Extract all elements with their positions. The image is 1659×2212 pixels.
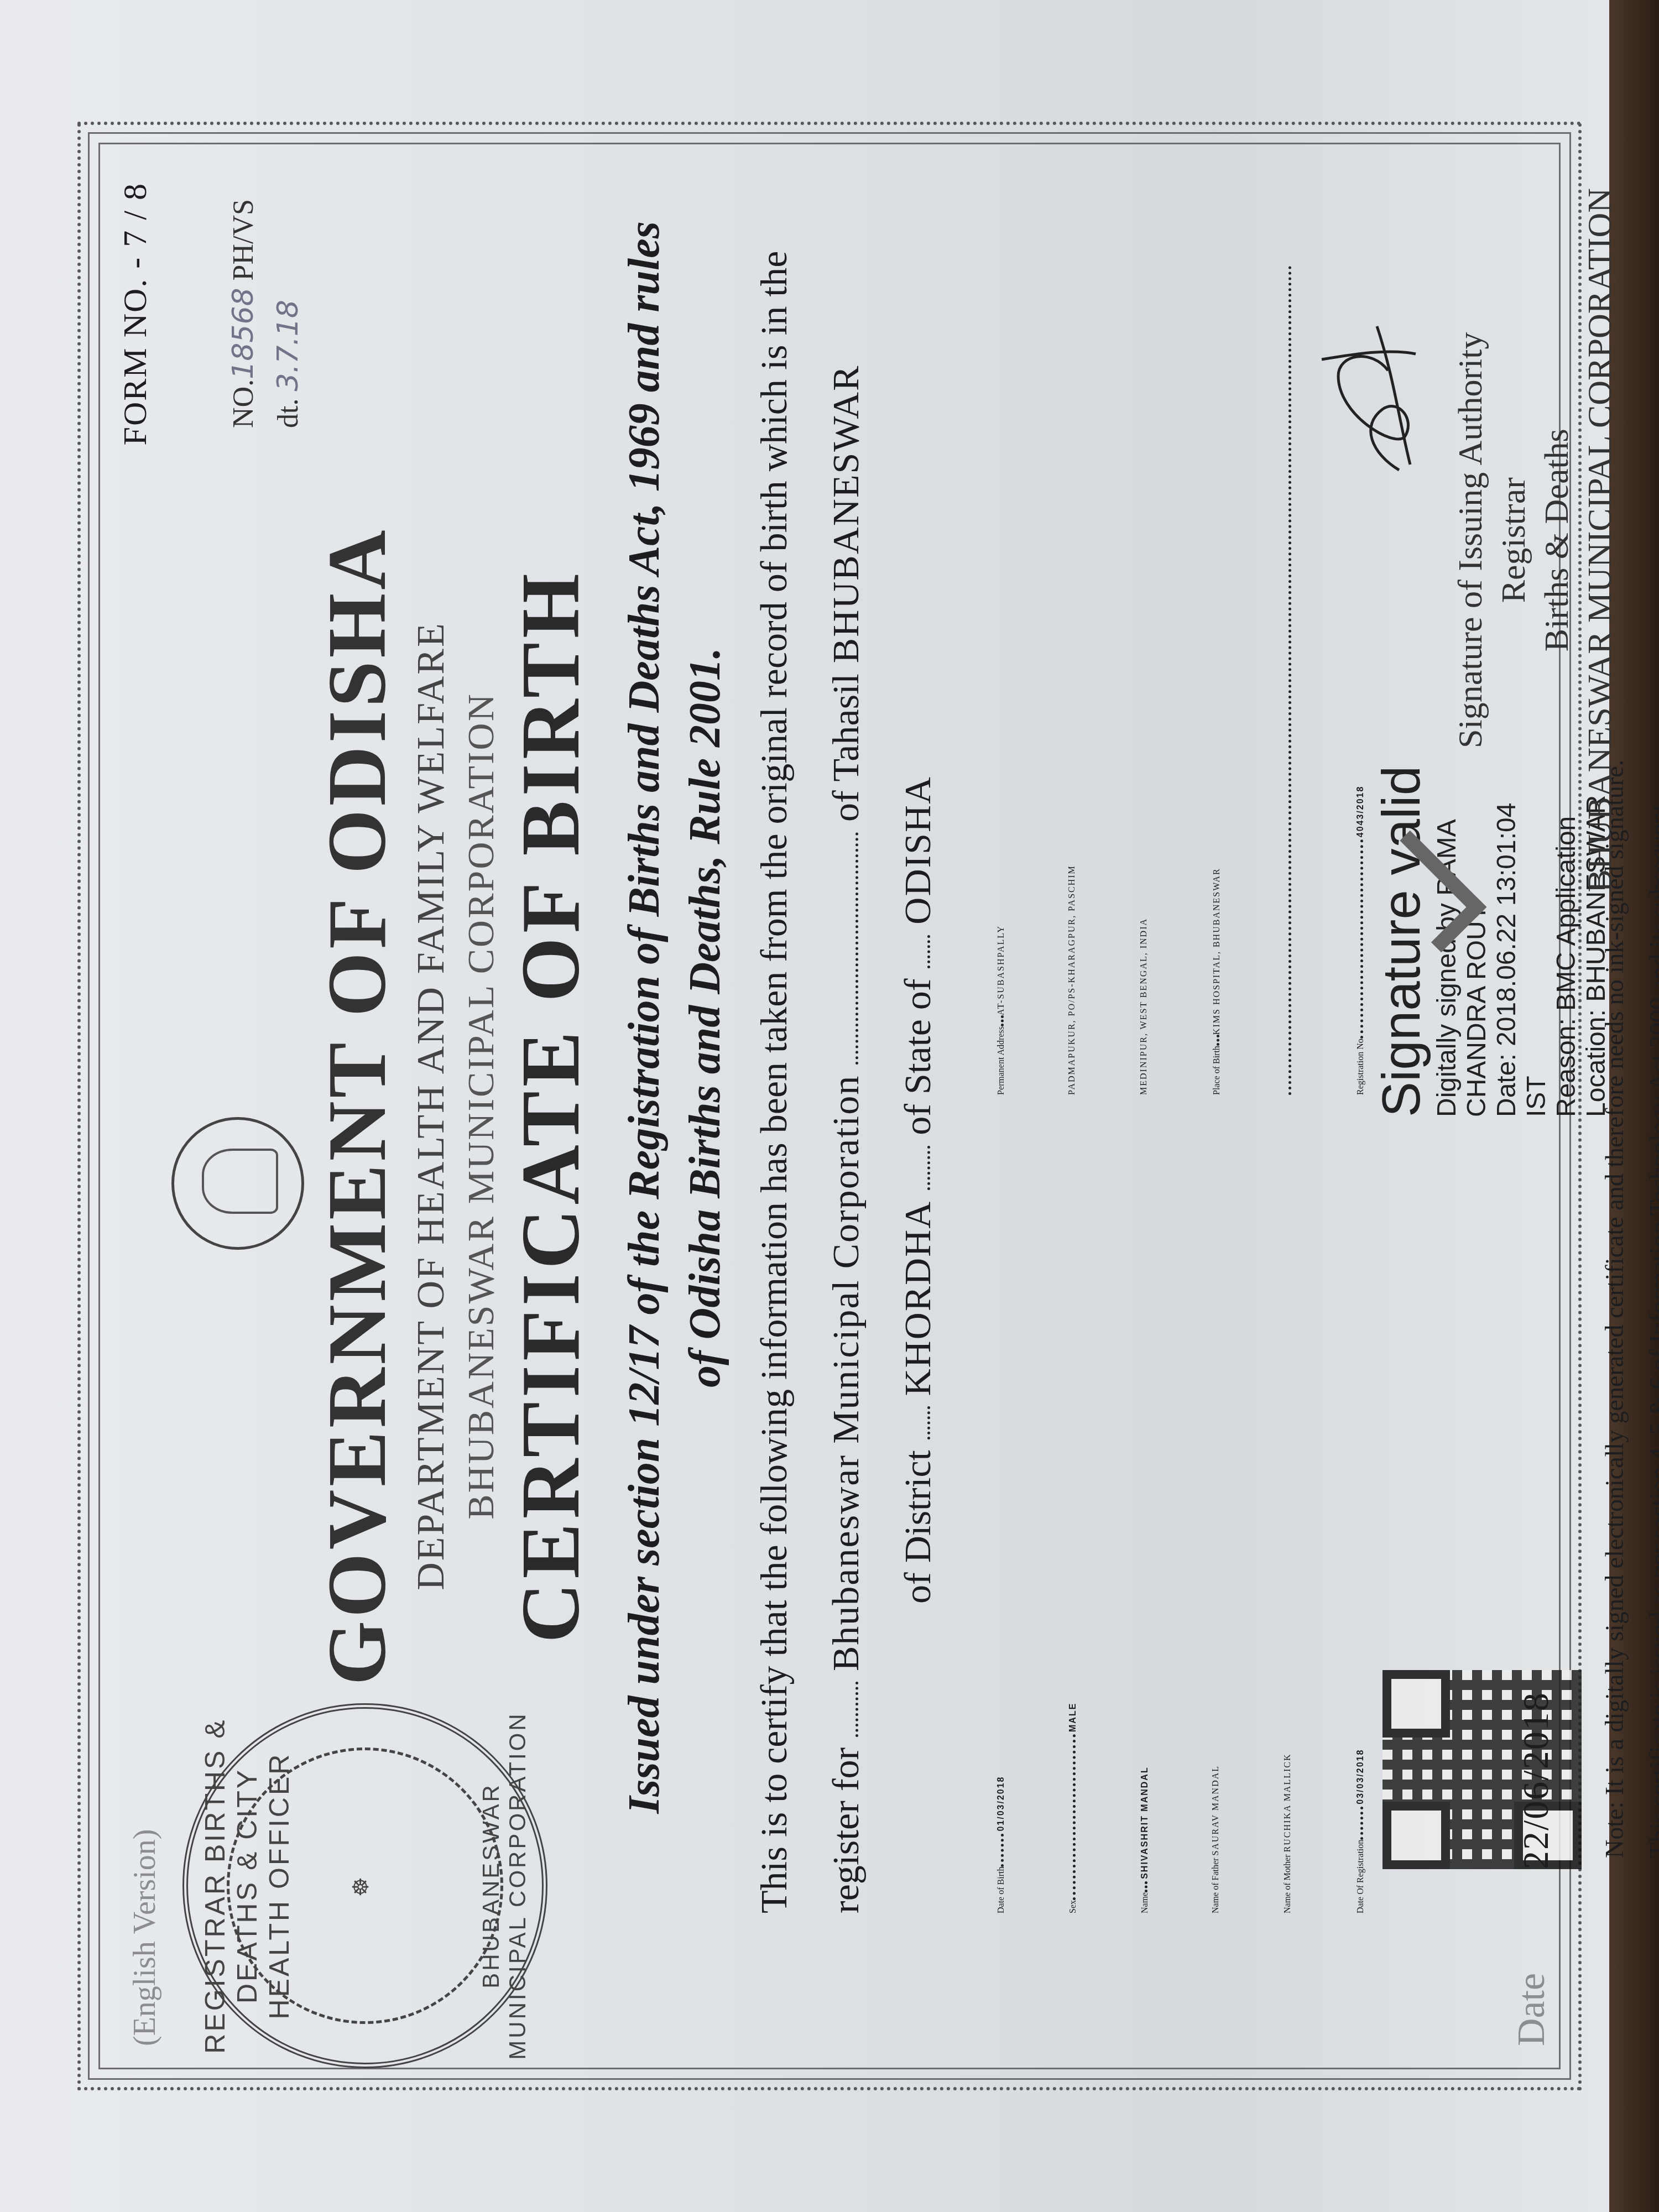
registration-date-value: 03/03/2018: [1356, 1749, 1365, 1804]
child-name-value: SHIVASHRIT MANDAL: [1140, 1766, 1150, 1879]
ref-suffix: PH/VS: [228, 199, 259, 280]
register-for-value: Bhubaneswar Municipal Corporation: [825, 1075, 867, 1671]
state-value: ODISHA: [896, 776, 938, 925]
mother-name-value: RUCHIKA MALLICK: [1283, 1753, 1292, 1852]
qr-finder: [1383, 1802, 1450, 1869]
field-date-of-birth: Date of Birth 01/03/2018: [995, 1112, 1067, 1913]
address-line-3: MEDINIPUR, WEST BENGAL, INDIA: [1139, 918, 1149, 1095]
department-heading: DEPARTMENT OF HEALTH AND FAMILY WELFARE: [409, 100, 453, 2112]
district-label: of District: [896, 1450, 938, 1604]
legal-note: Note: It is a digitally signed electroni…: [1593, 487, 1659, 1858]
dotted-line: [922, 935, 930, 968]
ref-dt-label: dt.: [273, 398, 304, 427]
field-place-of-birth: Place of BirthKIMS HOSPITAL, BHUBANESWAR: [1211, 182, 1283, 1095]
address-details: Permanent AddressAT-SUBASHPALLY PADMAPUK…: [995, 182, 1427, 1095]
issued-under-text: Issued under section 12/17 of the Regist…: [614, 210, 735, 1825]
field-sex: Sex MALE: [1067, 1112, 1139, 1913]
reference-number: NO.18568 PH/VS dt. 3.7.18: [221, 199, 311, 428]
certify-text: This is to certify that the following in…: [753, 251, 795, 1913]
qr-finder: [1383, 1670, 1450, 1738]
dotted-line: [922, 1406, 930, 1439]
ref-no-value: 18568: [227, 288, 260, 379]
address-line-1: AT-SUBASHPALLY: [997, 925, 1006, 1015]
district-value: KHORDHA: [896, 1201, 938, 1396]
tahasil-label: of Tahasil: [825, 674, 867, 822]
date-label: Date: [1510, 1973, 1554, 2046]
register-for-label: register for: [825, 1747, 867, 1913]
form-number: FORM NO. - 7 / 8: [116, 182, 154, 445]
language-label: (English Version): [127, 1829, 163, 2047]
dotted-line: [1283, 265, 1291, 1095]
address-line-2: PADMAPUKUR, PO/PS-KHARAGPUR, PASCHIM: [1067, 865, 1077, 1095]
state-label: of State of: [896, 978, 938, 1135]
signature-status: Signature valid: [1371, 766, 1432, 1117]
corporation-heading: BHUBANESWAR MUNICIPAL CORPORATION: [459, 100, 503, 2112]
ref-dt-value: 3.7.18: [272, 300, 305, 391]
field-father: Name of Father SAURAV MANDAL: [1211, 1112, 1283, 1913]
government-heading: GOVERNMENT OF ODISHA: [310, 100, 405, 2112]
dotted-line: [922, 1146, 930, 1190]
field-mother: Name of Mother RUCHIKA MALLICK: [1283, 1112, 1355, 1913]
odisha-emblem-icon: [171, 1117, 304, 1250]
field-address: Permanent AddressAT-SUBASHPALLY: [995, 182, 1067, 1095]
handwritten-signature: [1305, 321, 1427, 487]
sex-value: MALE: [1068, 1703, 1078, 1732]
place-of-birth-value: KIMS HOSPITAL, BHUBANESWAR: [1212, 868, 1222, 1035]
birth-certificate: REGISTRAR BIRTHS & DEATHS & CITY HEALTH …: [55, 100, 1604, 2112]
dotted-line: [850, 832, 858, 1065]
date-of-birth-value: 01/03/2018: [997, 1776, 1006, 1832]
seal-outer-text: REGISTRAR BIRTHS & DEATHS & CITY HEALTH …: [199, 1709, 295, 2063]
personal-details: Date of Birth 01/03/2018 Sex MALE Name S…: [995, 1112, 1427, 1913]
issue-date: 22/06/2018: [1515, 1692, 1557, 1869]
ref-no-label: NO.: [228, 379, 259, 428]
certification-statement: This is to certify that the following in…: [752, 210, 968, 1913]
field-name: Name SHIVASHRIT MANDAL: [1139, 1112, 1211, 1913]
registration-number-value: 4043/2018: [1356, 786, 1365, 838]
certificate-title: CERTIFICATE OF BIRTH: [503, 100, 598, 2112]
father-name-value: SAURAV MANDAL: [1211, 1765, 1220, 1856]
dotted-line: [850, 1682, 858, 1737]
tahasil-value: BHUBANESWAR: [825, 365, 867, 664]
